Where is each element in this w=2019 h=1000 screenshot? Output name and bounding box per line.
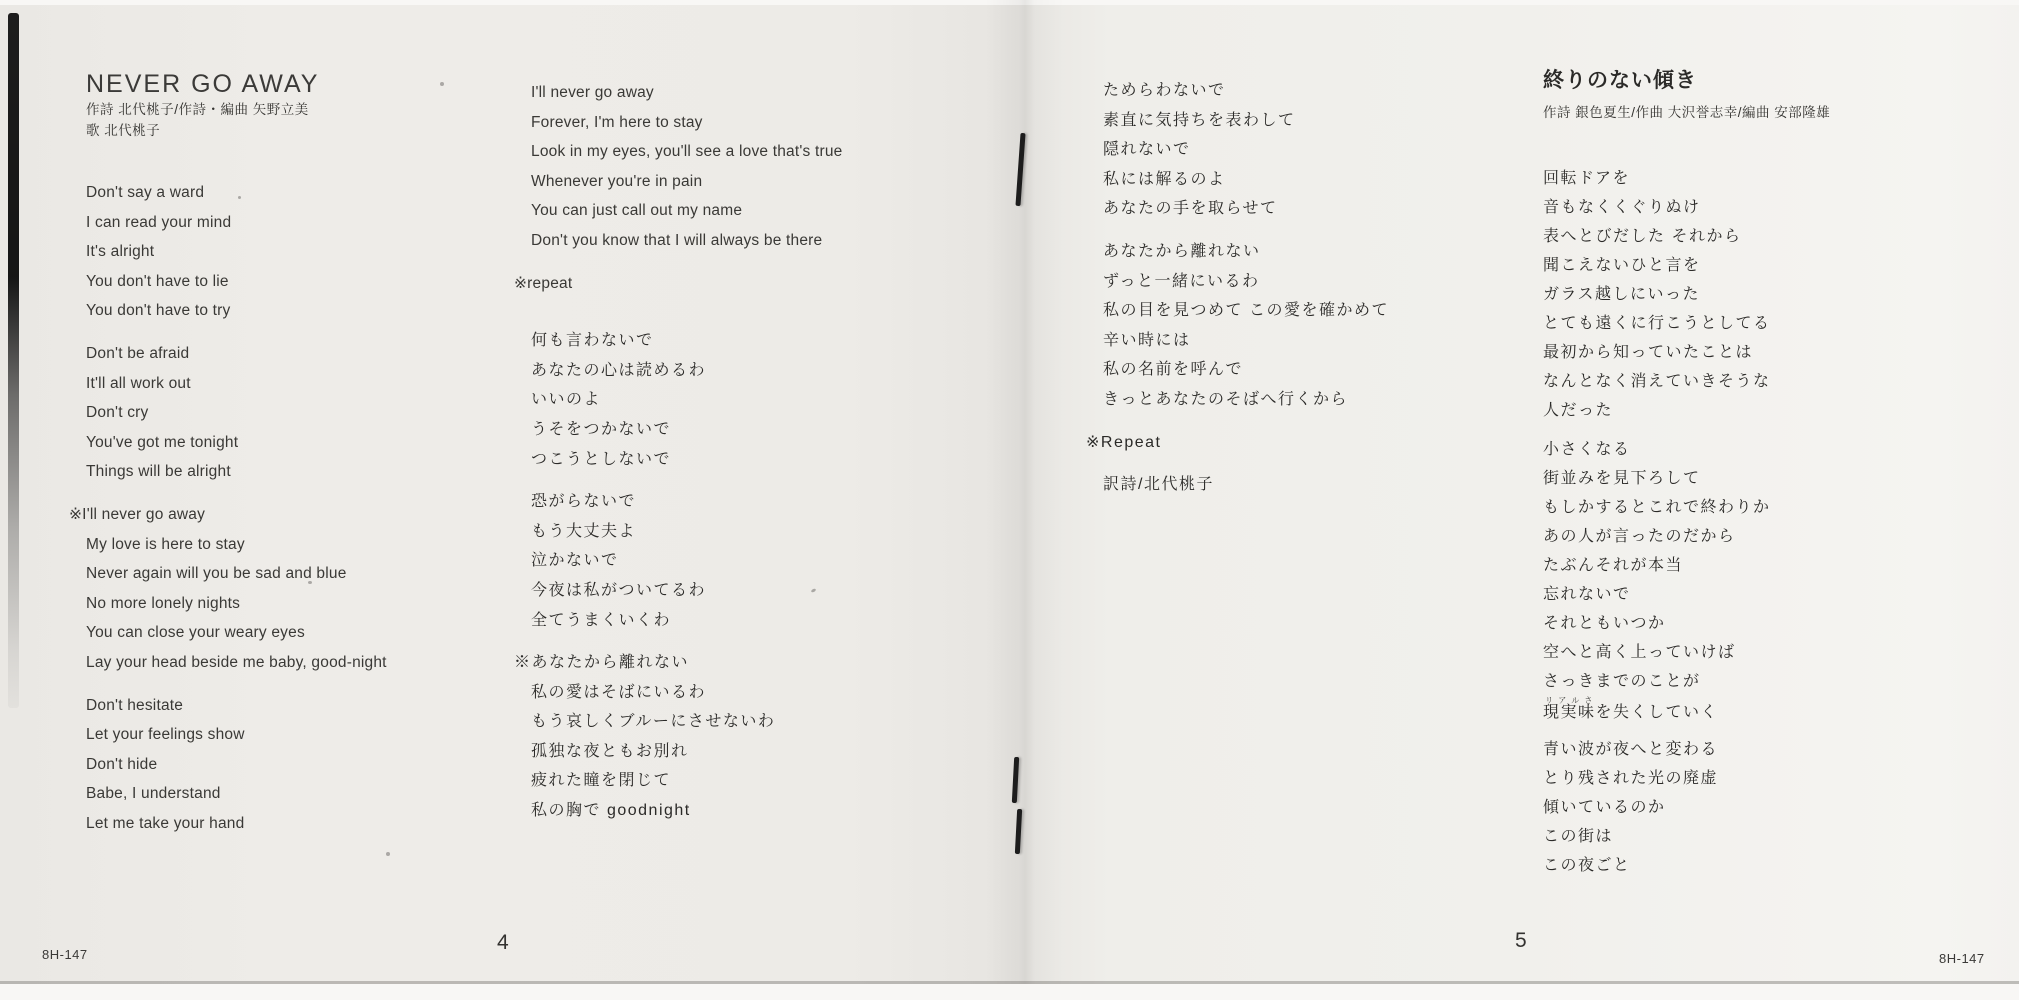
lyric-line: 人だった <box>1543 396 1983 425</box>
lyric-line: 街並みを見下ろして <box>1543 464 1983 493</box>
lyric-line: You can just call out my name <box>531 196 991 226</box>
song2-heading: 終りのない傾き 作詩 銀色夏生/作曲 大沢誉志幸/編曲 安部隆雄 <box>1543 68 1830 123</box>
lyric-line: Don't you know that I will always be the… <box>531 226 991 256</box>
lyric-line: とても遠くに行こうとしてる <box>1543 309 1983 338</box>
song1-title: NEVER GO AWAY <box>86 70 319 98</box>
lyric-line: あなたの手を取らせて <box>1103 194 1533 224</box>
stanza: ためらわないで素直に気持ちを表わして隠れないで私には解るのよあなたの手を取らせて <box>1103 76 1533 224</box>
lyrics-column-2: I'll never go awayForever, I'm here to s… <box>531 78 991 826</box>
lyrics-column-3: ためらわないで素直に気持ちを表わして隠れないで私には解るのよあなたの手を取らせて… <box>1103 76 1533 500</box>
lyric-line: 訳詩/北代桃子 <box>1103 470 1533 500</box>
lyric-line: もしかするとこれで終わりか <box>1543 493 1983 522</box>
lyric-line: 私には解るのよ <box>1103 165 1533 195</box>
lyric-line: もう大丈夫よ <box>531 517 991 547</box>
lyric-line: You've got me tonight <box>86 428 526 458</box>
scan-edge-shadow <box>8 13 19 708</box>
lyric-line: 回転ドアを <box>1543 164 1983 193</box>
lyric-line: 私の愛はそばにいるわ <box>531 678 991 708</box>
lyric-line: Don't say a ward <box>86 178 526 208</box>
lyric-line: No more lonely nights <box>86 589 526 619</box>
page-bottom-edge <box>0 981 2019 984</box>
lyrics-column-4: 回転ドアを音もなくくぐりぬけ表へとびだした それから聞こえないひと言をガラス越し… <box>1543 164 1983 890</box>
ruby-annotated-word: 現実味リアルさ <box>1543 704 1596 721</box>
lyric-line: I can read your mind <box>86 208 526 238</box>
lyric-line: Things will be alright <box>86 457 526 487</box>
lyric-line: 最初から知っていたことは <box>1543 338 1983 367</box>
stanza: ※repeat <box>531 269 991 299</box>
stanza: ※Repeat <box>1103 428 1533 458</box>
stanza: I'll never go awayForever, I'm here to s… <box>531 78 991 256</box>
song1-heading: NEVER GO AWAY 作詩 北代桃子/作詩・編曲 矢野立美 歌 北代桃子 <box>86 70 319 141</box>
lyric-line: I'll never go away <box>531 78 991 108</box>
stanza: あなたから離れないずっと一緒にいるわ私の目を見つめて この愛を確かめて辛い時には… <box>1103 237 1533 415</box>
lyric-line: 空へと高く上っていけば <box>1543 638 1983 667</box>
lyric-line: My love is here to stay <box>86 530 526 560</box>
lyric-line: この街は <box>1543 822 1983 851</box>
booklet-scan: NEVER GO AWAY 作詩 北代桃子/作詩・編曲 矢野立美 歌 北代桃子 … <box>0 0 2019 1000</box>
lyric-line: It'll all work out <box>86 369 526 399</box>
lyric-line: Lay your head beside me baby, good-night <box>86 648 526 678</box>
lyric-line: ためらわないで <box>1103 76 1533 106</box>
stanza: 回転ドアを音もなくくぐりぬけ表へとびだした それから聞こえないひと言をガラス越し… <box>1543 164 1983 425</box>
stanza: 恐がらないでもう大丈夫よ泣かないで今夜は私がついてるわ全てうまくいくわ <box>531 487 991 635</box>
song1-credit-lyrics-music: 作詩 北代桃子/作詩・編曲 矢野立美 <box>86 99 319 120</box>
lyric-line: 恐がらないで <box>531 487 991 517</box>
stanza: 青い波が夜へと変わるとり残された光の廃虚傾いているのかこの街はこの夜ごと <box>1543 735 1983 880</box>
lyric-line: 現実味リアルさを失くしていく <box>1543 696 1983 725</box>
lyric-line: つこうとしないで <box>531 445 991 475</box>
lyric-line: 私の名前を呼んで <box>1103 355 1533 385</box>
lyric-line: 泣かないで <box>531 546 991 576</box>
lyric-line: あなたの心は読めるわ <box>531 356 991 386</box>
lyric-line: Don't hesitate <box>86 691 526 721</box>
lyric-line: Forever, I'm here to stay <box>531 108 991 138</box>
lyric-line: とり残された光の廃虚 <box>1543 764 1983 793</box>
lyric-line: 小さくなる <box>1543 435 1983 464</box>
lyric-line: ※Repeat <box>1103 428 1533 458</box>
lyric-line: さっきまでのことが <box>1543 667 1983 696</box>
lyric-line: たぶんそれが本当 <box>1543 551 1983 580</box>
lyric-line: ※repeat <box>531 269 991 299</box>
song1-credit-vocal: 歌 北代桃子 <box>86 120 319 141</box>
lyric-line: Don't be afraid <box>86 339 526 369</box>
lyric-line: ガラス越しにいった <box>1543 280 1983 309</box>
lyric-line: Let me take your hand <box>86 809 526 839</box>
lyric-line: Don't cry <box>86 398 526 428</box>
lyric-line: 私の胸で goodnight <box>531 796 991 826</box>
lyric-line: 忘れないで <box>1543 580 1983 609</box>
lyric-line: ※あなたから離れない <box>531 648 991 678</box>
lyric-line: Let your feelings show <box>86 720 526 750</box>
lyric-line: 私の目を見つめて この愛を確かめて <box>1103 296 1533 326</box>
lyric-line: 表へとびだした それから <box>1543 222 1983 251</box>
lyric-line: Babe, I understand <box>86 779 526 809</box>
lyric-line: 何も言わないで <box>531 326 991 356</box>
lyric-line: 音もなくくぐりぬけ <box>1543 193 1983 222</box>
lyrics-column-1: Don't say a wardI can read your mindIt's… <box>86 178 526 838</box>
lyric-line: Never again will you be sad and blue <box>86 559 526 589</box>
stanza: ※I'll never go awayMy love is here to st… <box>86 500 526 678</box>
song2-title: 終りのない傾き <box>1543 68 1830 94</box>
lyric-line: 青い波が夜へと変わる <box>1543 735 1983 764</box>
lyric-line: You can close your weary eyes <box>86 618 526 648</box>
song2-credits: 作詩 銀色夏生/作曲 大沢誉志幸/編曲 安部隆雄 <box>1543 103 1830 123</box>
stanza: Don't be afraidIt'll all work outDon't c… <box>86 339 526 487</box>
lyric-line: うそをつかないで <box>531 415 991 445</box>
lyric-line: 傾いているのか <box>1543 793 1983 822</box>
stanza: ※あなたから離れない私の愛はそばにいるわもう哀しくブルーにさせないわ孤独な夜とも… <box>531 648 991 826</box>
lyric-line: もう哀しくブルーにさせないわ <box>531 707 991 737</box>
stanza: 訳詩/北代桃子 <box>1103 470 1533 500</box>
page-number-right: 5 <box>1515 929 1527 953</box>
lyric-line: ※I'll never go away <box>86 500 526 530</box>
page-gutter-shadow <box>985 0 1065 984</box>
stanza: Don't hesitateLet your feelings showDon'… <box>86 691 526 839</box>
page-number-left: 4 <box>497 931 509 955</box>
stanza: 小さくなる街並みを見下ろしてもしかするとこれで終わりかあの人が言ったのだからたぶ… <box>1543 435 1983 725</box>
lyric-line: 今夜は私がついてるわ <box>531 576 991 606</box>
lyric-line: それともいつか <box>1543 609 1983 638</box>
lyric-line: You don't have to lie <box>86 267 526 297</box>
lyric-line: Look in my eyes, you'll see a love that'… <box>531 137 991 167</box>
lyric-line: 孤独な夜ともお別れ <box>531 737 991 767</box>
lyric-line: あなたから離れない <box>1103 237 1533 267</box>
lyric-line: ずっと一緒にいるわ <box>1103 267 1533 297</box>
lyric-line: いいのよ <box>531 385 991 415</box>
lyric-line: きっとあなたのそばへ行くから <box>1103 385 1533 415</box>
lyric-line: あの人が言ったのだから <box>1543 522 1983 551</box>
lyric-line: 辛い時には <box>1103 326 1533 356</box>
lyric-line: You don't have to try <box>86 296 526 326</box>
dust-speck <box>386 852 390 856</box>
dust-speck <box>440 82 444 86</box>
lyric-line: 聞こえないひと言を <box>1543 251 1983 280</box>
lyric-line: 疲れた瞳を閉じて <box>531 766 991 796</box>
lyric-line: Don't hide <box>86 750 526 780</box>
lyric-line: 素直に気持ちを表わして <box>1103 106 1533 136</box>
catalog-code-left: 8H-147 <box>42 947 88 962</box>
stanza: Don't say a wardI can read your mindIt's… <box>86 178 526 326</box>
lyric-line: Whenever you're in pain <box>531 167 991 197</box>
lyric-line: この夜ごと <box>1543 851 1983 880</box>
song1-credits: 作詩 北代桃子/作詩・編曲 矢野立美 歌 北代桃子 <box>86 99 319 141</box>
stanza: 何も言わないであなたの心は読めるわいいのようそをつかないでつこうとしないで <box>531 326 991 474</box>
catalog-code-right: 8H-147 <box>1939 951 1985 966</box>
song2-credit-line: 作詩 銀色夏生/作曲 大沢誉志幸/編曲 安部隆雄 <box>1543 103 1830 123</box>
lyric-line: なんとなく消えていきそうな <box>1543 367 1983 396</box>
lyric-line: 全てうまくいくわ <box>531 606 991 636</box>
lyric-line: 隠れないで <box>1103 135 1533 165</box>
lyric-line: It's alright <box>86 237 526 267</box>
